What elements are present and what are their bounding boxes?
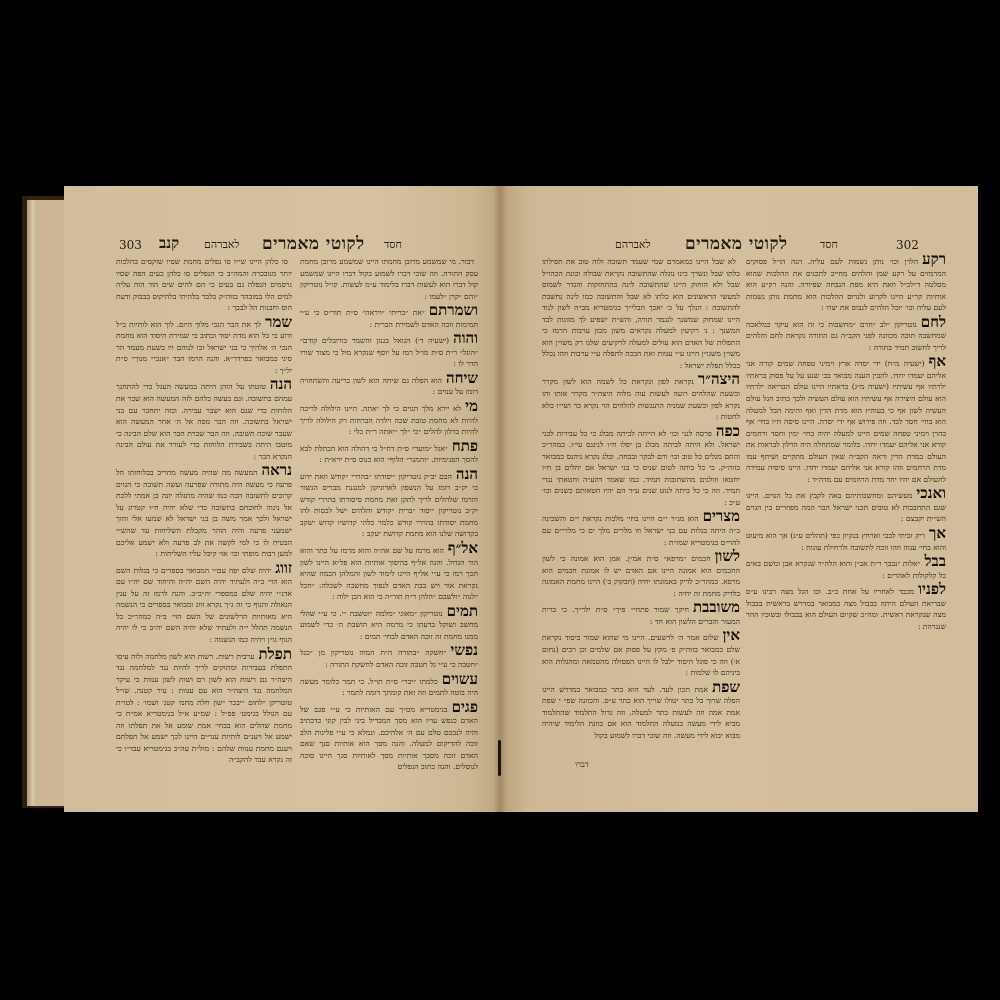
entry-headword: הנה — [270, 375, 292, 393]
entry-text: אמת תכון לעד. לעד הוא כתר כמבואר במדרש ה… — [542, 685, 740, 740]
entry-headword: לחם — [921, 313, 946, 331]
left-page-header: 303 קנב לאברהם לקוטי מאמרים חסד — [64, 230, 504, 254]
entry-text: סו כלהן היינו שי״ו סו נפלים מחמת שסיו שו… — [116, 257, 292, 312]
running-header-title: לקוטי מאמרים — [262, 234, 365, 254]
entry-text: פרסה לנני וכו׳ לא הייתה לביתה מבלג כי כל… — [542, 429, 740, 507]
entry: אף(ישעיה מ״ח) ידי יסדה ארץ וימיני טפחה ש… — [746, 354, 946, 485]
entry-headword: היצה״ר — [698, 370, 740, 388]
entry-headword: אך — [929, 524, 946, 542]
hebrew-page-number: קנב — [159, 234, 179, 253]
entry-text: לא יירא מלך הגוים כי לך יאתה. היינו הילו… — [300, 404, 478, 436]
entry: עשויםכלמתו ״יבר״ ס״ת תו״ל. כי תמר כלומר … — [300, 672, 478, 699]
entry: זווגיהיה שלם יפה עם״י המבואר בספרים כי ב… — [116, 561, 292, 646]
entry: פתח״אגל ״מועד״ ס״ת דח״ל כי דהולה הוא הכת… — [300, 439, 478, 466]
entry-text: ״אלות ״נבבך ר״ת אב״ן והוא הלה״ר שנקרא אב… — [746, 559, 946, 580]
entry-headword: שיחה — [446, 369, 478, 387]
entry-headword: שמר — [265, 313, 292, 331]
catchword: דברו — [575, 760, 589, 769]
entry-headword: אף — [929, 352, 946, 370]
running-header-title: לקוטי מאמרים — [685, 234, 788, 254]
entry-headword: ואנכי — [916, 484, 946, 502]
entry: רקעהלרן וכו׳ נותן נשמות לעם עליה. הנה הו… — [746, 252, 946, 314]
book-gutter — [493, 186, 507, 812]
entry: איןשלום אמר ה׳ לרשעים. היינו מי שהוא שמו… — [542, 628, 740, 678]
entry: הנההבם יב״ק נוטריקון ״יסודתו ״בהררי ״קוד… — [300, 467, 478, 540]
entry-headword: אל״ף — [448, 539, 478, 557]
entry: לא שבל היינו כמאמרם שמי שעמד תשובה ולוה … — [542, 252, 740, 371]
entry-headword: פתח — [452, 437, 478, 455]
entry-headword: אין — [723, 626, 740, 644]
entry: והוה(ישעיה ד׳) הגואל בגנון והשמר כורובלי… — [300, 331, 478, 370]
entry: היצה״רנקראת לפון ונקראת כל לשמה הוא לשון… — [542, 372, 740, 422]
entry: מילא יירא מלך הגוים כי לך יאתה. היינו הי… — [300, 399, 478, 438]
entry: לפניומכבד לאחריו על אחת כ״ב. וכו הגל מצה… — [746, 582, 946, 632]
right-page-header: לאברהם לקוטי מאמרים חסד 302 — [500, 230, 978, 254]
page-number: 303 — [119, 238, 142, 252]
entry-headword: כפה — [716, 422, 740, 440]
entry-headword: רקע — [922, 252, 946, 268]
running-header-author: לאברהם — [615, 238, 651, 251]
entry-text: יהיה שלם יפה עם״י המבואר בספרים כי בגלות… — [116, 566, 292, 644]
entry-headword: הנה — [456, 465, 478, 483]
entry: ואנכימעשיהם ומחשבותיהם באה לקבץ את כל הג… — [746, 486, 946, 525]
entry-text: ערבית רשות. רשות הוא לשון מלחמה ולוה עיס… — [116, 652, 292, 765]
page-number: 302 — [896, 238, 919, 252]
entry: מצריםהוא מנ״ר י״ם היינו בחי׳ מלכות נקראת… — [542, 509, 740, 548]
entry: שפתאמת תכון לעד. לעד הוא כתר כמבואר במדר… — [542, 680, 740, 742]
entry-headword: ושמרתם — [429, 301, 478, 319]
entry-headword: תמים — [447, 602, 478, 620]
running-header-author: לאברהם — [204, 238, 240, 251]
entry: שמרלך את הבר הנכי מלוך היום. לוך הוא לות… — [116, 315, 292, 377]
entry-text: הלרן וכו׳ נותן נשמות לעם עליה. הנה הו״ל … — [746, 257, 946, 312]
entry-headword: עשוים — [442, 670, 478, 688]
text-column-right: דבור. מי שמשמע מרובן מחמתו היינו שמשמע מ… — [300, 252, 478, 772]
entry-text: נוטריקון ״לב ״חרם ״מחשבות כי זה הוא עיקר… — [746, 320, 946, 352]
entry-headword: בבל — [925, 552, 946, 570]
running-header-section: חסד — [384, 238, 402, 251]
entry: דבור. מי שמשמע מרובן מחמתו היינו שמשמע מ… — [300, 252, 478, 302]
entry-text: בגימטריא מס״ך עם האותיות כי ע״י פגם של ה… — [300, 705, 478, 772]
entry: הנהטוטתו על הוהן היתה במעשה העגל כדי להת… — [116, 377, 292, 462]
entry: אךריק זכיתי לבבי וארחץ בנקיון כפי (תהלים… — [746, 526, 946, 553]
entry-text: (ישעיה ד׳) הגואל בגנון והשמר כורובלים קו… — [300, 336, 478, 368]
entry: תמיםנוטריקון ״מאוגי ״מלמה ״וטשבה ״י. כי … — [300, 604, 478, 643]
entry: אל״ףהוא מרמז על שם אה״ה והוא מרמז על כתר… — [300, 541, 478, 603]
right-page: לאברהם לקוטי מאמרים חסד 302 לא שבל היינו… — [500, 186, 978, 812]
entry: ושמרתם״את ״כריתי ״ויראה״ ס״ת תור״ס כי ע״… — [300, 303, 478, 330]
entry-text: הבם יב״ק נוטריקון ״יסודתו ״בהררי ״קודש ו… — [300, 472, 478, 539]
entry-headword: פגים — [452, 698, 478, 716]
entry: נפשי״חשקה ״בתורה ה״ת המוה נוטריקון מן ״כ… — [300, 643, 478, 670]
left-page: 303 קנב לאברהם לקוטי מאמרים חסד סו כלהן … — [64, 186, 504, 812]
entry-headword: משובבת — [693, 598, 740, 616]
entry: פגיםבגימטריא מס״ך עם האותיות כי ע״י פגם … — [300, 700, 478, 772]
entry-headword: והוה — [453, 329, 478, 347]
entry: תפלתערבית רשות. רשות הוא לשון מלחמה ולוה… — [116, 647, 292, 766]
entry-text: לא שבל היינו כמאמרם שמי שעמד תשובה ולוה … — [542, 257, 740, 370]
underlying-page — [37, 200, 67, 806]
entry-headword: שפת — [712, 678, 740, 696]
entry-headword: מי — [465, 397, 478, 415]
entry-text: טוטתו על הוהן היתה במעשה העגל כדי להתחנך… — [116, 382, 292, 460]
entry-headword: זווג — [275, 559, 292, 577]
entry: שיחההוא הפלה גם שיחה הוא לשון כריעה והשת… — [300, 371, 478, 398]
running-header-section: חסד — [820, 238, 838, 251]
entry-text: חכמים ״מרפא״ ס״ת אמ״ן. אמן הוא אמונה כי … — [542, 554, 740, 598]
entry-headword: מצרים — [703, 507, 740, 525]
text-column-left: סו כלהן היינו שי״ו סו נפלים מחמת שסיו שו… — [116, 252, 292, 767]
entry: לחםנוטריקון ״לב ״חרם ״מחשבות כי זה הוא ע… — [746, 315, 946, 354]
entry: לשוןחכמים ״מרפא״ ס״ת אמ״ן. אמן הוא אמונה… — [542, 549, 740, 599]
entry-text: מכבד לאחריו על אחת כ״ב. וכו הגל מצה רבינ… — [746, 587, 946, 631]
text-column-right: רקעהלרן וכו׳ נותן נשמות לעם עליה. הנה הו… — [746, 252, 946, 633]
entry-headword: לפניו — [918, 580, 946, 598]
entry: כפהפרסה לנני וכו׳ לא הייתה לביתה מבלג כי… — [542, 424, 740, 509]
entry-text: (ישעיה מ״ח) ידי יסדה ארץ וימיני טפחה שמי… — [746, 359, 946, 483]
entry-headword: נפשי — [450, 641, 478, 659]
entry-text: שלום אמר ה׳ לרשעים. היינו מי שהוא שמור ב… — [542, 633, 740, 677]
entry-headword: נראה — [261, 461, 292, 479]
page-tear — [498, 740, 501, 776]
entry: בבל״אלות ״נבבך ר״ת אב״ן והוא הלה״ר שנקרא… — [746, 554, 946, 581]
text-column-left: לא שבל היינו כמאמרם שמי שעמד תשובה ולוה … — [542, 252, 740, 742]
entry-headword: לשון — [715, 547, 740, 565]
entry: סו כלהן היינו שי״ו סו נפלים מחמת שסיו שו… — [116, 252, 292, 314]
entry-text: המעשה מה שהיה מעשה מחריב בבלוחותו הל פרע… — [116, 468, 292, 558]
entry-text: ריק זכיתי לבבי וארחץ בנקיון כפי (תהלים ע… — [746, 531, 946, 552]
entry-text: דבור. מי שמשמע מרובן מחמתו היינו שמשמע מ… — [300, 257, 478, 301]
entry: נראההמעשה מה שהיה מעשה מחריב בבלוחותו הל… — [116, 463, 292, 559]
entry-headword: תפלת — [259, 645, 292, 663]
entry: משובבתחיקך שמור פתחי״ פיך״ ס״ת ילר״ך. כי… — [542, 600, 740, 627]
